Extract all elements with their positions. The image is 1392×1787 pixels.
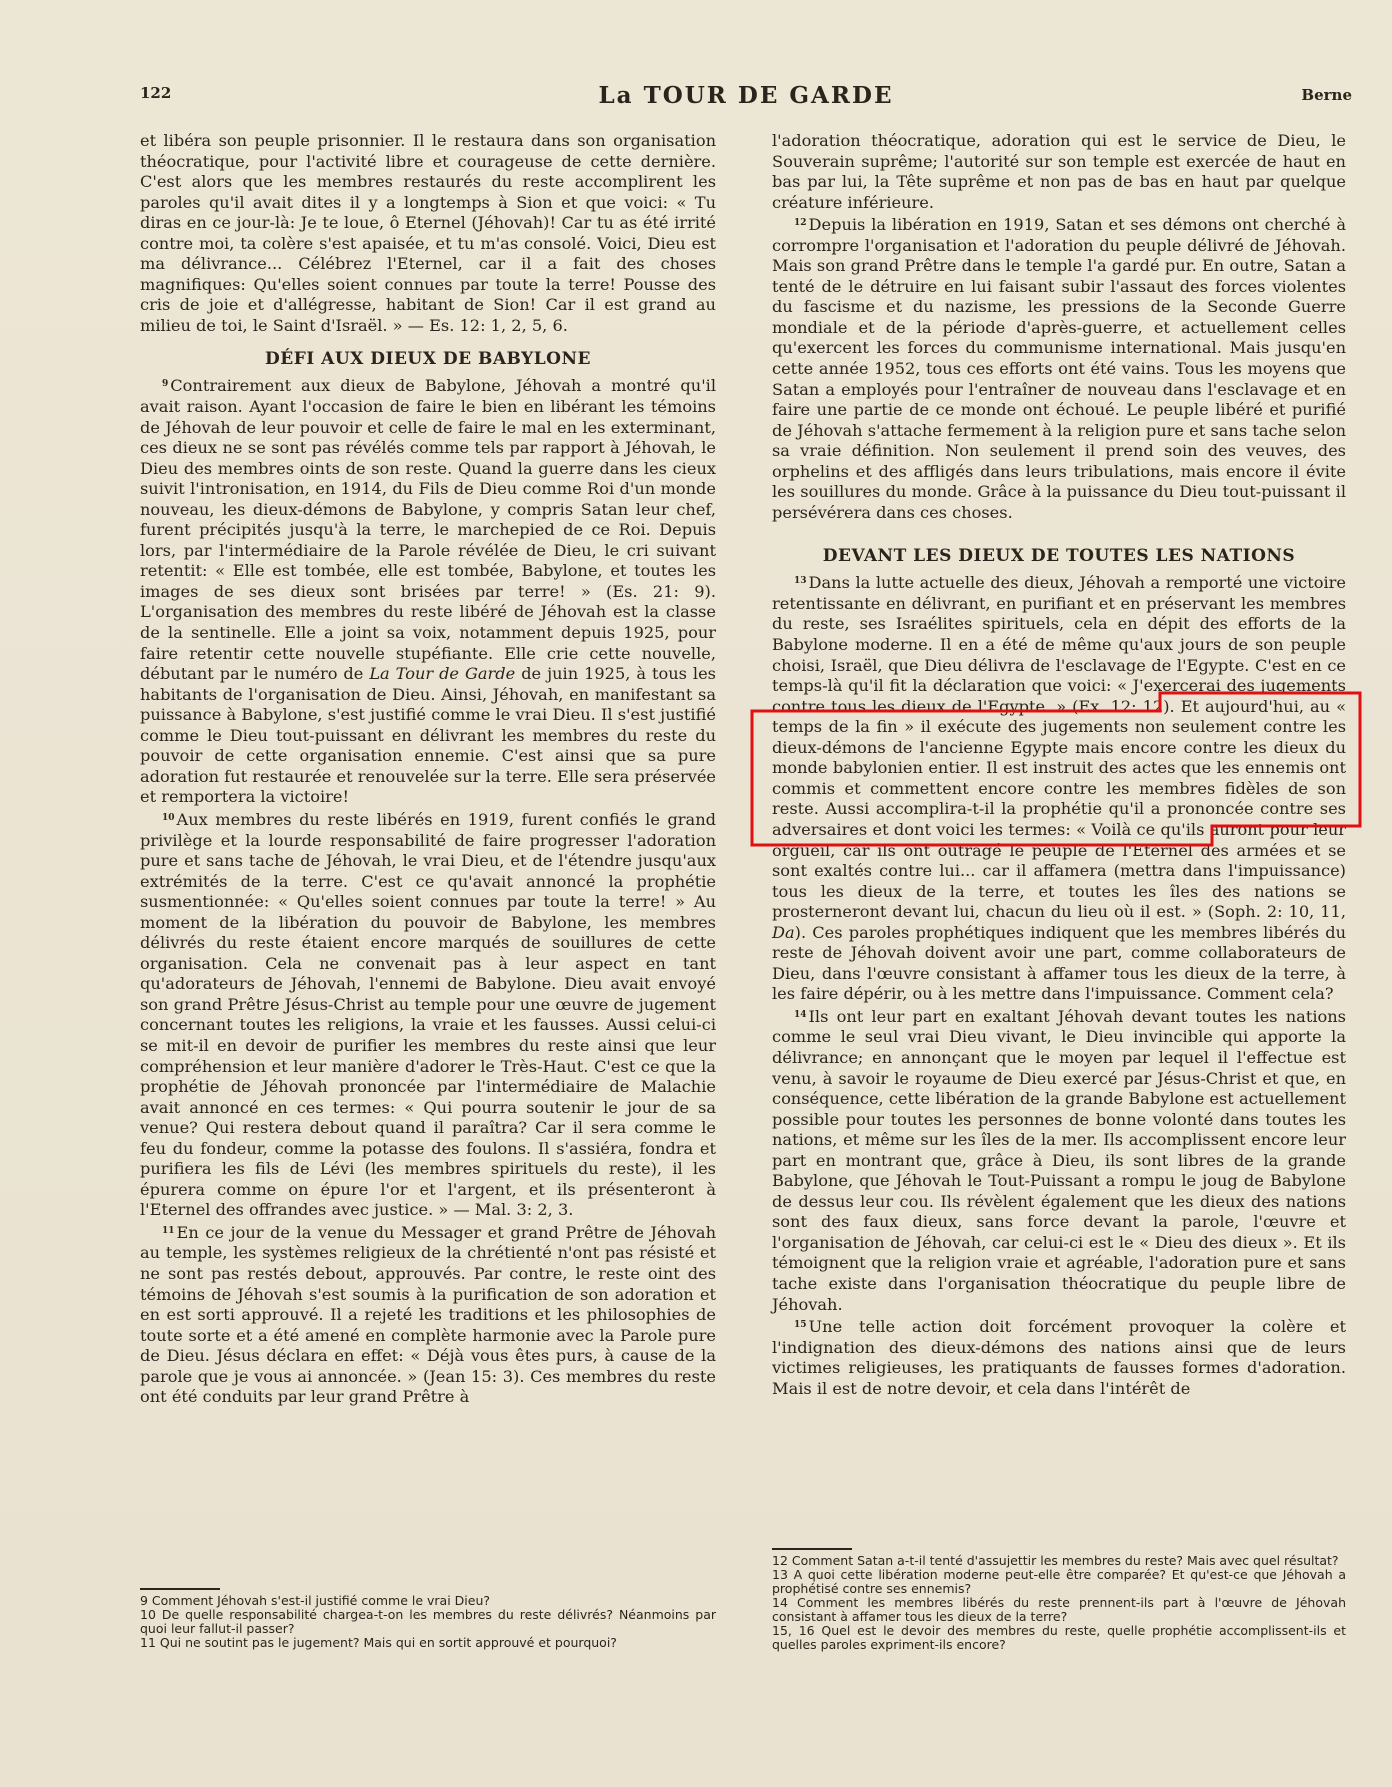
footnote-rule xyxy=(772,1548,852,1550)
study-question: 10 De quelle responsabilité chargea-t-on… xyxy=(140,1608,716,1636)
paragraph-12: 12Depuis la libération en 1919, Satan et… xyxy=(772,213,1346,523)
right-study-questions: 12 Comment Satan a-t-il tenté d'assujett… xyxy=(772,1548,1346,1652)
intro-paragraph: et libéra son peuple prisonnier. Il le r… xyxy=(140,131,716,336)
section-heading-nations: DEVANT LES DIEUX DE TOUTES LES NATIONS xyxy=(772,545,1346,567)
intro-paragraph-right: l'adoration théocratique, adoration qui … xyxy=(772,131,1346,213)
left-study-questions: 9 Comment Jéhovah s'est-il justifié comm… xyxy=(140,1588,716,1650)
study-question: 11 Qui ne soutint pas le jugement? Mais … xyxy=(140,1636,716,1650)
study-question: 12 Comment Satan a-t-il tenté d'assujett… xyxy=(772,1554,1346,1568)
study-question: 14 Comment les membres libérés du reste … xyxy=(772,1596,1346,1624)
study-question: 9 Comment Jéhovah s'est-il justifié comm… xyxy=(140,1594,716,1608)
study-question: 15, 16 Quel est le devoir des membres du… xyxy=(772,1624,1346,1652)
study-question: 13 A quoi cette libération moderne peut-… xyxy=(772,1568,1346,1596)
paragraph-15: 15Une telle action doit forcément provoq… xyxy=(772,1315,1346,1399)
paragraph-number: 9 xyxy=(162,379,168,389)
right-column: l'adoration théocratique, adoration qui … xyxy=(772,131,1346,1399)
bible-version-abbrev: Da xyxy=(772,923,795,942)
paragraph-number: 10 xyxy=(162,813,175,823)
paragraph-number: 13 xyxy=(794,576,807,586)
paragraph-13: 13Dans la lutte actuelle des dieux, Jého… xyxy=(772,571,1346,1004)
paragraph-number: 11 xyxy=(162,1226,175,1236)
left-column: et libéra son peuple prisonnier. Il le r… xyxy=(140,131,716,1408)
paragraph-14: 14Ils ont leur part en exaltant Jéhovah … xyxy=(772,1005,1346,1315)
magazine-title-reference: La Tour de Garde xyxy=(369,664,515,683)
paragraph-11: 11En ce jour de la venue du Messager et … xyxy=(140,1221,716,1408)
magazine-page: 122 La TOUR DE GARDE Berne et libéra son… xyxy=(0,0,1392,1787)
running-head: 122 La TOUR DE GARDE Berne xyxy=(140,82,1352,112)
footnote-rule xyxy=(140,1588,220,1590)
edition-label: Berne xyxy=(1301,86,1352,104)
paragraph-10: 10Aux membres du reste libérés en 1919, … xyxy=(140,808,716,1221)
section-heading-babylone: DÉFI AUX DIEUX DE BABYLONE xyxy=(140,348,716,370)
paragraph-9: 9Contrairement aux dieux de Babylone, Jé… xyxy=(140,374,716,807)
paragraph-number: 14 xyxy=(794,1010,807,1020)
highlighted-passage: Il en a été de même qu'aux jours de son … xyxy=(772,635,1346,777)
magazine-title: La TOUR DE GARDE xyxy=(140,82,1352,109)
paragraph-number: 15 xyxy=(794,1320,807,1330)
paragraph-number: 12 xyxy=(794,218,807,228)
